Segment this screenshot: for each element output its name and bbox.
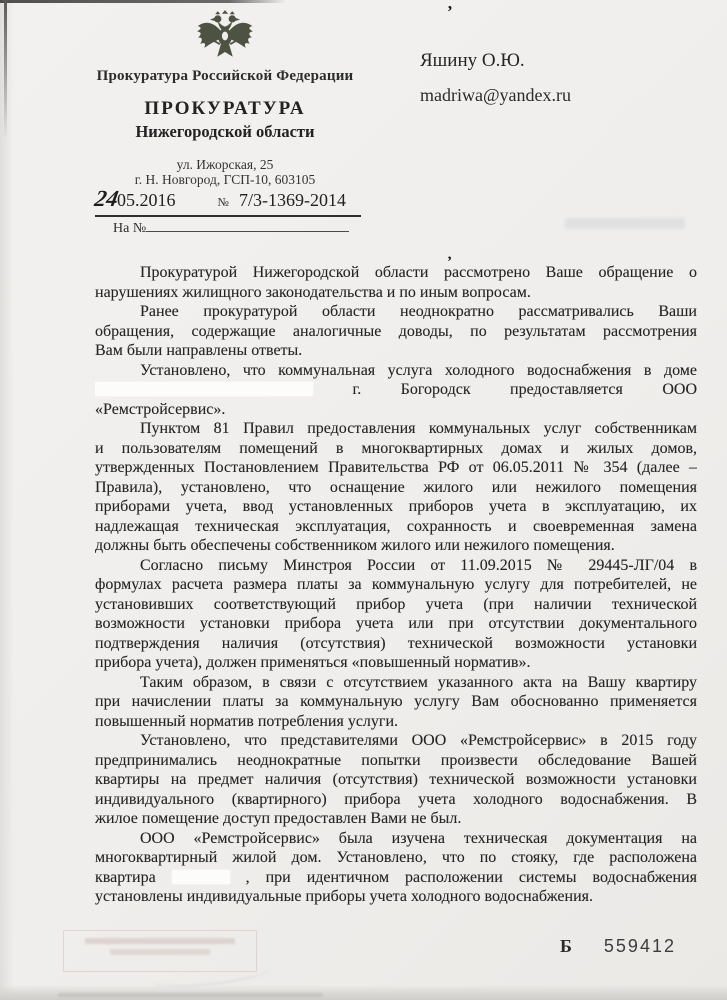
body-text-line: надлежащая техническая эксплуатация, сох… <box>95 517 697 537</box>
letterhead: Прокуратура Российской Федерации ПРОКУРА… <box>58 10 392 187</box>
letter-body: Прокуратурой Нижегородской области рассм… <box>95 263 697 907</box>
body-text-line: нарушениях жилищного законодательства и … <box>95 283 697 303</box>
recipient-block: Яшину О.Ю. madriwa@yandex.ru <box>420 50 571 106</box>
body-text-line: г. Богородск предоставляется ООО <box>95 380 697 400</box>
body-text-line: установивших соответствующий прибор учет… <box>95 595 697 615</box>
org-name-line1: ПРОКУРАТУРА <box>58 98 392 120</box>
body-text-line: повышенный норматив потребления услуги. <box>95 712 697 732</box>
scan-edge-left-strip <box>0 0 14 1000</box>
body-text-line: Прокуратурой Нижегородской области рассм… <box>95 263 697 283</box>
body-text-line: квартира , при идентичном расположении с… <box>95 868 697 888</box>
scanned-letter-page: ’ ’ Прокуратура Российской <box>0 0 727 1000</box>
body-text-line: Таким образом, в связи с отсутствием ука… <box>95 673 697 693</box>
body-text-line: Правила), установлено, что оснащение жил… <box>95 478 697 498</box>
date-and-number-row: 24 05.2016 № 7/3-1369-2014 <box>95 186 361 217</box>
body-text-line: Согласно письму Минстроя России от 11.09… <box>95 556 697 576</box>
recipient-email: madriwa@yandex.ru <box>420 85 571 106</box>
body-text-line: жилое помещение доступ предоставлен Вами… <box>95 809 697 829</box>
body-text-line: ООО «Ремстройсервис» была изучена технич… <box>95 829 697 849</box>
recipient-name: Яшину О.Ю. <box>420 50 571 72</box>
body-text-line: подтверждения наличия (отсутствия) техни… <box>95 634 697 654</box>
body-text-line: прибора учета), должен применяться «повы… <box>95 653 697 673</box>
body-text-line: индивидуального (квартирного) прибора уч… <box>95 790 697 810</box>
body-text-line: Пунктом 81 Правил предоставления коммуна… <box>95 419 697 439</box>
reply-blank-line <box>146 219 349 232</box>
address-line2: г. Н. Новгород, ГСП-10, 603105 <box>58 172 392 187</box>
body-text-line: Ранее прокуратурой области неоднократно … <box>95 302 697 322</box>
body-text-line: утвержденных Постановлением Правительств… <box>95 458 697 478</box>
body-text-line: обращения, содержащие аналогичные доводы… <box>95 322 697 342</box>
reply-label: На № <box>113 221 146 237</box>
body-text-line: установлены индивидуальные приборы учета… <box>95 887 697 907</box>
body-text-line: квартиры на предмет наличия (отсутствия)… <box>95 770 697 790</box>
body-text-line: при начислении платы за коммунальную усл… <box>95 692 697 712</box>
address-line1: ул. Ижорская, 25 <box>58 157 392 172</box>
body-text-line: Вам были направлены ответы. <box>95 341 697 361</box>
form-series-letter: Б <box>560 936 572 957</box>
ink-speck: ’ <box>447 2 453 22</box>
scan-bottom-smudge <box>58 993 323 997</box>
bleed-through-ghost-text <box>565 218 685 229</box>
body-text-line: предпринимались неоднократные попытки пр… <box>95 751 697 771</box>
redaction-box <box>172 870 230 884</box>
body-text-line: «Ремстройсервис». <box>95 400 697 420</box>
body-text-line: Установлено, что коммунальная услуга хол… <box>95 361 697 381</box>
form-footer: Б 559412 <box>560 936 676 957</box>
org-name-line2: Нижегородской области <box>58 122 392 142</box>
body-text-line: многоквартирный жилой дом. Установлено, … <box>95 848 697 868</box>
outgoing-number: 7/3-1369-2014 <box>239 190 346 211</box>
body-text-line: формулах расчета размера платы за коммун… <box>95 575 697 595</box>
body-text-line: должны быть обеспечены собственником жил… <box>95 536 697 556</box>
scan-edge-top-line <box>0 0 286 3</box>
federation-line: Прокуратура Российской Федерации <box>58 68 392 85</box>
body-text-line: Установлено, что представителями ООО «Ре… <box>95 731 697 751</box>
body-text-line: приборами учета, ввод установленных приб… <box>95 497 697 517</box>
body-text-line: и пользователям помещений в многоквартир… <box>95 439 697 459</box>
form-number: 559412 <box>604 936 676 957</box>
reply-reference-row: На № <box>113 219 349 237</box>
handwritten-day: 24 <box>93 186 121 212</box>
scan-edge-left-line <box>4 0 7 140</box>
coat-of-arms-icon <box>195 10 255 62</box>
printed-date: 05.2016 <box>117 190 176 211</box>
number-sign: № <box>218 195 229 210</box>
redaction-box <box>95 382 313 396</box>
body-text-line: возможности установки прибора учета или … <box>95 614 697 634</box>
